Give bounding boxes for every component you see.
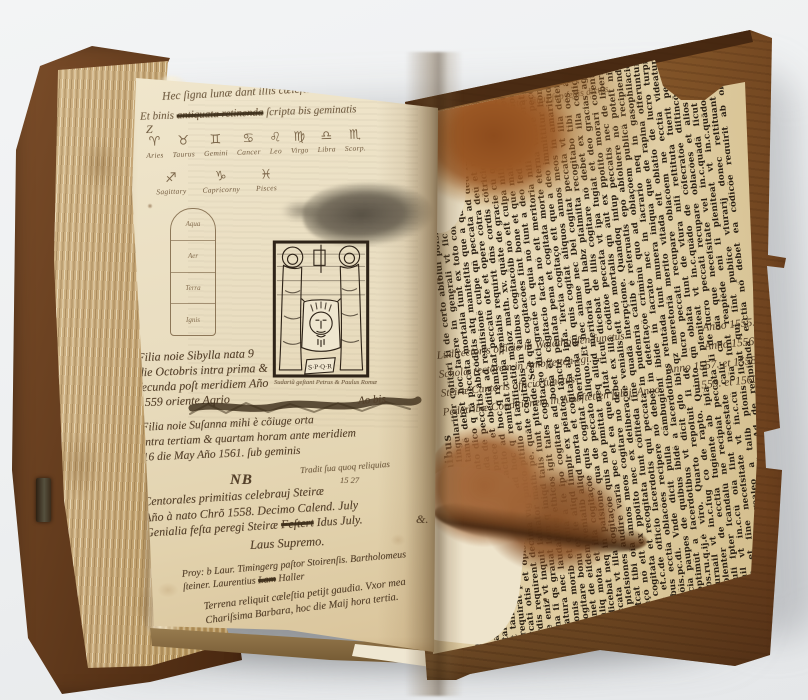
zodiac-label: Leo (270, 146, 282, 155)
zodiac-item: ♏ Scorp. (344, 128, 366, 153)
zodiac-symbol-icon: ♉ (177, 134, 189, 148)
birth-entry-susanna: Filia noie Suſanna mihi è cõiuge ortaint… (141, 411, 357, 465)
woodcut-banner: S·P·Q·R (308, 363, 332, 371)
zodiac-item: ♍ Virgo (290, 130, 309, 155)
nota-bene-monogram: NB (230, 472, 253, 489)
zodiac-item: ♌ Leo (269, 131, 282, 155)
ink-speck (543, 598, 547, 601)
zodiac-symbol-icon: ♍ (293, 130, 305, 144)
stricken-word: Feſtert (281, 515, 314, 531)
inscription-fragment: Et binis (140, 110, 177, 123)
zodiac-item: ♑ Capricorny (202, 169, 240, 194)
zodiac-item: ♓ Pisces (255, 168, 277, 193)
zodiac-label: Virgo (291, 145, 309, 155)
zodiac-label: Sagittary (156, 186, 186, 196)
photograph-of-antique-book: eſt peccatũ cecciã ⁋ De oblacionibus ans… (0, 0, 808, 700)
zodiac-symbol-icon: ♐ (165, 172, 177, 186)
zodiac-symbol-icon: ♈ (148, 135, 160, 149)
left-page-manuscript: Hec ſigna lunæ dant illis cœleſtes cauſa… (128, 70, 440, 652)
zodiac-item: ♉ Taurus (172, 134, 195, 159)
element-label: Ignis (171, 304, 215, 335)
side-note: Tradit ſua quoq reliquias (300, 459, 390, 475)
zodiac-symbol-icon: ♊ (209, 133, 221, 147)
entry-fragment: Idus July. (313, 512, 363, 529)
element-label: Aer (171, 241, 215, 273)
zodiac-symbol-icon: ♑ (215, 170, 227, 184)
zodiac-symbol-icon: ♏ (349, 128, 361, 142)
zodiac-symbol-icon: ♋ (242, 132, 254, 146)
zodiac-label: Aries (146, 150, 164, 160)
gutter-shadow (405, 52, 463, 696)
woodcut-caption: Sudariũ geſtant Petrus & Paulus Romæ (274, 379, 377, 386)
zodiac-label: Taurus (173, 149, 196, 159)
entry-fragment: Haller (275, 571, 304, 584)
clasp-recess (36, 478, 51, 522)
zodiac-label: Gemini (204, 148, 228, 158)
zodiac-row-2: ♐ Sagittary ♑ Capricorny ♓ Pisces (156, 168, 294, 197)
zodiac-item: ♊ Gemini (203, 133, 228, 158)
laus-line: Laus Supremo. (250, 534, 325, 553)
element-label: Aqua (171, 209, 215, 241)
zodiac-symbol-icon: ♎ (320, 129, 332, 143)
veronica-woodcut: S·P·Q·R (272, 240, 370, 378)
four-elements-finger-diagram: AquaAerTerraIgnis (170, 208, 216, 336)
zodiac-label: Scorp. (345, 143, 366, 153)
zodiac-label: Pisces (256, 183, 277, 193)
cantor-entry: Centorales primitias celebrauj Steiræ Añ… (143, 481, 363, 541)
zodiac-item: ♋ Cancer (236, 132, 261, 157)
zodiac-item: ♈ Aries (146, 135, 164, 160)
zodiac-label: Capricorny (202, 184, 240, 194)
stricken-word: Lam (258, 574, 277, 587)
zodiac-item: ♎ Libra (317, 129, 336, 154)
zodiac-symbol-icon: ♌ (269, 131, 281, 145)
zodiac-symbol-icon: ♓ (260, 168, 272, 182)
zodiac-label: Cancer (237, 147, 261, 157)
stricken-entry-fragment: Ao bis (358, 393, 387, 407)
element-label: Terra (171, 273, 215, 305)
zodiac-item: ♐ Sagittary (156, 171, 187, 196)
ink-speck (475, 264, 478, 266)
zodiac-label: Libra (317, 144, 335, 154)
